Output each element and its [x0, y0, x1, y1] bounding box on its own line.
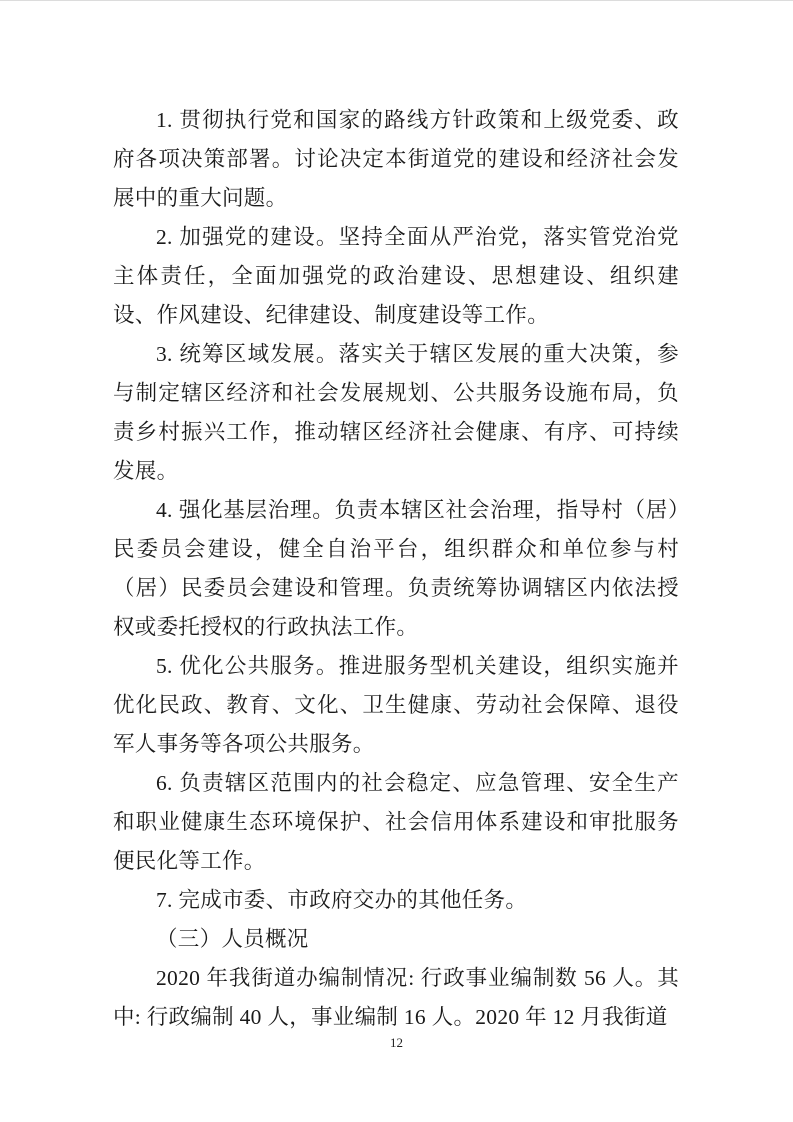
duty-item-4: 4. 强化基层治理。负责本辖区社会治理，指导村（居）民委员会建设，健全自治平台，… — [113, 491, 679, 647]
duty-item-6: 6. 负责辖区范围内的社会稳定、应急管理、安全生产和职业健康生态环境保护、社会信… — [113, 764, 679, 881]
page-number: 12 — [0, 1034, 793, 1052]
section-heading-personnel-overview: （三）人员概况 — [113, 920, 679, 959]
duty-item-5: 5. 优化公共服务。推进服务型机关建设，组织实施并优化民政、教育、文化、卫生健康… — [113, 647, 679, 764]
staffing-establishment-paragraph: 2020 年我街道办编制情况: 行政事业编制数 56 人。其中: 行政编制 40… — [113, 959, 679, 1037]
page-text-content: 1. 贯彻执行党和国家的路线方针政策和上级党委、政府各项决策部署。讨论决定本街道… — [113, 101, 679, 1037]
document-page: 1. 贯彻执行党和国家的路线方针政策和上级党委、政府各项决策部署。讨论决定本街道… — [0, 0, 793, 1122]
duty-item-3: 3. 统筹区域发展。落实关于辖区发展的重大决策，参与制定辖区经济和社会发展规划、… — [113, 335, 679, 491]
duty-item-2: 2. 加强党的建设。坚持全面从严治党，落实管党治党主体责任，全面加强党的政治建设… — [113, 218, 679, 335]
duty-item-1: 1. 贯彻执行党和国家的路线方针政策和上级党委、政府各项决策部署。讨论决定本街道… — [113, 101, 679, 218]
duty-item-7: 7. 完成市委、市政府交办的其他任务。 — [113, 881, 679, 920]
